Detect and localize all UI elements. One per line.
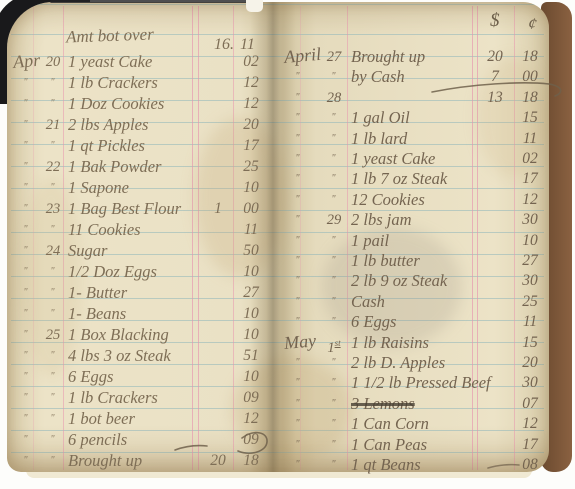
ledger-cell-cents: 00 bbox=[237, 199, 265, 219]
ledger-row: ""1 qt Pickles17 bbox=[10, 136, 266, 158]
ledger-cell-month: " bbox=[285, 414, 311, 434]
ledger-cell-month: " bbox=[285, 251, 311, 271]
ledger-cell-desc: 1 yeast Cake bbox=[68, 52, 152, 72]
ledger-cell-desc: 1 Sapone bbox=[68, 178, 129, 198]
ledger-cell-day: " bbox=[319, 169, 349, 189]
ledger-cell-day: " bbox=[319, 251, 349, 271]
ledger-cell-month: " bbox=[285, 190, 311, 210]
ledger-cell-day: 25 bbox=[40, 325, 66, 345]
ledger-cell-cents: 11 bbox=[515, 129, 545, 149]
ledger-cell-desc: 6 Eggs bbox=[351, 312, 396, 332]
ledger-cell-month: " bbox=[285, 394, 311, 414]
ledger-cell-desc: 1- Butter bbox=[68, 283, 127, 303]
ledger-cell-month: " bbox=[14, 94, 38, 114]
ledger-row: "251 Box Blacking10 bbox=[10, 325, 266, 347]
ledger-row: "281318 bbox=[281, 88, 551, 110]
ledger-row: ""1 pail10 bbox=[281, 231, 551, 253]
ledger-cell-month: " bbox=[285, 231, 311, 251]
ledger-cell-cents: 30 bbox=[515, 210, 545, 230]
ledger-cell-month: " bbox=[14, 451, 38, 471]
ledger-row: ""6 Eggs10 bbox=[10, 367, 266, 389]
ledger-cell-cents: 30 bbox=[515, 373, 545, 393]
ledger-cell-desc: 11 Cookies bbox=[68, 220, 141, 240]
ledger-cell-day: 21 bbox=[40, 115, 66, 135]
ledger-cell-desc: 1 qt Beans bbox=[351, 455, 421, 475]
ledger-row: ""1 yeast Cake02 bbox=[281, 149, 551, 171]
ledger-cell-desc: 1 bot beer bbox=[68, 409, 135, 429]
ledger-cell-day: " bbox=[40, 304, 66, 324]
ledger-cell-desc: 1 yeast Cake bbox=[351, 149, 435, 169]
ledger-cell-day: " bbox=[40, 220, 66, 240]
ledger-cell-month: " bbox=[285, 312, 311, 332]
ledger-cell-desc: 1 lb Raisins bbox=[351, 333, 429, 353]
ledger-row: ""1 lb butter27 bbox=[281, 251, 551, 273]
ledger-cell-month: " bbox=[14, 241, 38, 261]
ledger-row: ""6 Eggs11 bbox=[281, 312, 551, 334]
ledger-row: ""2 lb 9 oz Steak30 bbox=[281, 271, 551, 293]
ledger-cell-month: " bbox=[14, 388, 38, 408]
ledger-cell-cents: 12 bbox=[515, 414, 545, 434]
ledger-cell-desc: 2 lbs jam bbox=[351, 210, 412, 230]
ledger-photo: Amt bot over 16. 11 $ ¢ Apr201 yeast Cak… bbox=[0, 0, 575, 489]
ledger-cell-day: " bbox=[40, 73, 66, 93]
ledger-row: ""Brought up2018 bbox=[10, 451, 266, 473]
ledger-cell-cents: 15 bbox=[515, 333, 545, 353]
ledger-cell-cents: 15 bbox=[515, 108, 545, 128]
ledger-cell-day: " bbox=[40, 94, 66, 114]
ledger-cell-cents: 20 bbox=[237, 115, 265, 135]
ledger-cell-cents: 08 bbox=[515, 455, 545, 475]
ledger-cell-cents: 27 bbox=[515, 251, 545, 271]
ledger-cell-day: " bbox=[40, 262, 66, 282]
ledger-cell-cents: 02 bbox=[237, 52, 265, 72]
ledger-cell-day: " bbox=[319, 149, 349, 169]
ledger-cell-day: " bbox=[40, 283, 66, 303]
ledger-cell-day: " bbox=[40, 346, 66, 366]
ledger-cell-day: " bbox=[40, 136, 66, 156]
ledger-cell-day: 23 bbox=[40, 199, 66, 219]
ledger-row: ""1 lb lard11 bbox=[281, 129, 551, 151]
ledger-cell-cents: 12 bbox=[237, 94, 265, 114]
ledger-cell-month: " bbox=[285, 67, 311, 87]
ledger-cell-month: " bbox=[14, 325, 38, 345]
ledger-row: ""1 qt Beans08 bbox=[281, 455, 551, 477]
ledger-cell-day: " bbox=[319, 67, 349, 87]
ledger-cell-desc: Brought up bbox=[68, 451, 142, 471]
ledger-cell-month: " bbox=[14, 199, 38, 219]
ledger-row: ""1/2 Doz Eggs10 bbox=[10, 262, 266, 284]
ledger-cell-desc: 1 gal Oil bbox=[351, 108, 410, 128]
ledger-cell-desc: 1 pail bbox=[351, 231, 389, 251]
ledger-cell-month: April bbox=[283, 44, 322, 67]
gutter-page-tab bbox=[246, 0, 263, 12]
ledger-row: ""1- Butter27 bbox=[10, 283, 266, 305]
ledger-cell-desc: Cash bbox=[351, 292, 385, 312]
ledger-cell-desc: by Cash bbox=[351, 67, 405, 87]
ledger-cell-desc: Brought up bbox=[351, 47, 425, 67]
ledger-row: ""Cash25 bbox=[281, 292, 551, 314]
ledger-cell-cents: 12 bbox=[237, 409, 265, 429]
ledger-cell-cents: 10 bbox=[237, 178, 265, 198]
ledger-cell-day: " bbox=[319, 373, 349, 393]
ledger-row: ""1 Sapone10 bbox=[10, 178, 266, 200]
right-page-rows: April27Brought up2018""by Cash700"281318… bbox=[281, 47, 551, 467]
ledger-cell-cents: 09 bbox=[237, 430, 265, 450]
ledger-cell-desc: 1 lb 7 oz Steak bbox=[351, 169, 447, 189]
ledger-cell-day: " bbox=[319, 231, 349, 251]
ledger-cell-day: 22 bbox=[40, 157, 66, 177]
ledger-cell-month: " bbox=[14, 178, 38, 198]
ledger-cell-month: " bbox=[14, 367, 38, 387]
carry-over-note: Amt bot over bbox=[66, 24, 154, 47]
ledger-cell-cents: 11 bbox=[237, 220, 265, 240]
ledger-cell-cents: 12 bbox=[237, 73, 265, 93]
ledger-cell-month: " bbox=[14, 304, 38, 324]
ledger-cell-dollars: 1 bbox=[200, 199, 236, 219]
ledger-row: ""1 lb Crackers09 bbox=[10, 388, 266, 410]
ledger-cell-day: " bbox=[319, 108, 349, 128]
ledger-cell-desc: 1 Can Corn bbox=[351, 414, 429, 434]
ledger-cell-cents: 00 bbox=[515, 67, 545, 87]
ledger-cell-cents: 25 bbox=[237, 157, 265, 177]
ledger-cell-desc: 1 qt Pickles bbox=[68, 136, 145, 156]
ledger-cell-cents: 17 bbox=[515, 435, 545, 455]
ledger-cell-month: " bbox=[285, 455, 311, 475]
ledger-cell-day: " bbox=[319, 312, 349, 332]
ledger-cell-month: " bbox=[14, 157, 38, 177]
ledger-cell-cents: 09 bbox=[237, 388, 265, 408]
ledger-cell-desc: 1 Bag Best Flour bbox=[68, 199, 181, 219]
ledger-cell-month: Apr bbox=[12, 50, 41, 72]
dollars-column-header: $ bbox=[490, 10, 500, 32]
ledger-cell-desc: 6 Eggs bbox=[68, 367, 113, 387]
ledger-cell-day: " bbox=[40, 451, 66, 471]
ledger-cell-cents: 10 bbox=[237, 325, 265, 345]
ledger-cell-month: " bbox=[14, 346, 38, 366]
ledger-cell-desc: 1 Doz Cookies bbox=[68, 94, 164, 114]
ledger-cell-cents: 18 bbox=[237, 451, 265, 471]
ledger-cell-month: " bbox=[285, 292, 311, 312]
ledger-row: Apr201 yeast Cake02 bbox=[10, 52, 266, 74]
ledger-row: ""3 Lemons07 bbox=[281, 394, 551, 416]
ledger-cell-day: " bbox=[319, 190, 349, 210]
ledger-cell-desc: 1- Beans bbox=[68, 304, 126, 324]
ledger-cell-cents: 51 bbox=[237, 346, 265, 366]
ledger-row: ""2 lb D. Apples20 bbox=[281, 353, 551, 375]
ledger-cell-month: " bbox=[285, 88, 311, 108]
ledger-cell-desc: 2 lbs Apples bbox=[68, 115, 148, 135]
ledger-cell-month: " bbox=[14, 220, 38, 240]
ledger-cell-cents: 12 bbox=[515, 190, 545, 210]
ledger-cell-desc: 2 lb D. Apples bbox=[351, 353, 445, 373]
ledger-cell-month: May bbox=[283, 330, 317, 353]
ledger-row: ""1 Doz Cookies12 bbox=[10, 94, 266, 116]
ledger-cell-desc: Sugar bbox=[68, 241, 107, 261]
ledger-cell-day: " bbox=[319, 394, 349, 414]
ledger-cell-month: " bbox=[285, 373, 311, 393]
ledger-cell-cents: 20 bbox=[515, 353, 545, 373]
ledger-cell-month: " bbox=[14, 430, 38, 450]
ledger-cell-day: 29 bbox=[319, 210, 349, 230]
ledger-cell-cents: 30 bbox=[515, 271, 545, 291]
ledger-row: "231 Bag Best Flour100 bbox=[10, 199, 266, 221]
ledger-row: ""1- Beans10 bbox=[10, 304, 266, 326]
ledger-cell-cents: 17 bbox=[237, 136, 265, 156]
ledger-cell-cents: 10 bbox=[237, 304, 265, 324]
ledger-cell-cents: 18 bbox=[515, 88, 545, 108]
ledger-cell-cents: 10 bbox=[515, 231, 545, 251]
ledger-row: ""12 Cookies12 bbox=[281, 190, 551, 212]
ledger-cell-desc: 4 lbs 3 oz Steak bbox=[68, 346, 171, 366]
ledger-row: "212 lbs Apples20 bbox=[10, 115, 266, 137]
ledger-cell-month: " bbox=[14, 73, 38, 93]
ledger-cell-month: " bbox=[285, 210, 311, 230]
ledger-cell-month: " bbox=[285, 129, 311, 149]
ledger-cell-day: " bbox=[40, 367, 66, 387]
ledger-cell-dollars: 20 bbox=[479, 47, 511, 67]
ledger-cell-desc: 1 1/2 lb Pressed Beef bbox=[351, 373, 491, 393]
cover-top-edge bbox=[50, 0, 262, 3]
ledger-cell-desc: 1 Box Blacking bbox=[68, 325, 169, 345]
ledger-row: ""1 Can Peas17 bbox=[281, 435, 551, 457]
ledger-cell-day: " bbox=[40, 178, 66, 198]
ledger-cell-day: " bbox=[319, 271, 349, 291]
ledger-row: ""4 lbs 3 oz Steak51 bbox=[10, 346, 266, 368]
ledger-cell-month: " bbox=[14, 136, 38, 156]
ledger-cell-dollars: 7 bbox=[479, 67, 511, 87]
ledger-cell-desc: 6 pencils bbox=[68, 430, 127, 450]
left-page-rows: Apr201 yeast Cake02""1 lb Crackers12""1 … bbox=[10, 52, 266, 472]
ledger-row: ""11 Cookies11 bbox=[10, 220, 266, 242]
ledger-cell-desc: 1 lb Crackers bbox=[68, 388, 158, 408]
ledger-row: ""1 lb 7 oz Steak17 bbox=[281, 169, 551, 191]
ledger-cell-day: 28 bbox=[319, 88, 349, 108]
ledger-cell-desc: 12 Cookies bbox=[351, 190, 425, 210]
ledger-cell-day: 20 bbox=[40, 52, 66, 72]
ledger-row: ""1 bot beer12 bbox=[10, 409, 266, 431]
ledger-cell-desc: 1/2 Doz Eggs bbox=[68, 262, 157, 282]
ledger-row: ""6 pencils09 bbox=[10, 430, 266, 452]
ledger-cell-day: 27 bbox=[319, 47, 349, 67]
ledger-cell-month: " bbox=[285, 435, 311, 455]
ledger-row: "221 Bak Powder25 bbox=[10, 157, 266, 179]
ledger-cell-day: " bbox=[319, 292, 349, 312]
ledger-row: ""1 gal Oil15 bbox=[281, 108, 551, 130]
ledger-cell-cents: 10 bbox=[237, 262, 265, 282]
ledger-cell-month: " bbox=[14, 283, 38, 303]
ledger-row: ""1 lb Crackers12 bbox=[10, 73, 266, 95]
ledger-cell-cents: 18 bbox=[515, 47, 545, 67]
ledger-cell-cents: 27 bbox=[237, 283, 265, 303]
ledger-cell-desc: 1 lb lard bbox=[351, 129, 407, 149]
ledger-cell-month: " bbox=[285, 353, 311, 373]
ledger-cell-month: " bbox=[14, 409, 38, 429]
ledger-cell-day: " bbox=[319, 353, 349, 373]
ledger-cell-month: " bbox=[14, 115, 38, 135]
ledger-cell-cents: 10 bbox=[237, 367, 265, 387]
ledger-cell-day: " bbox=[40, 388, 66, 408]
ledger-cell-cents: 02 bbox=[515, 149, 545, 169]
ledger-cell-desc: 1 lb butter bbox=[351, 251, 420, 271]
ledger-cell-day: 24 bbox=[40, 241, 66, 261]
ledger-row: ""1 1/2 lb Pressed Beef30 bbox=[281, 373, 551, 395]
ledger-cell-month: " bbox=[285, 271, 311, 291]
ledger-row: "292 lbs jam30 bbox=[281, 210, 551, 232]
ledger-cell-desc: 1 Bak Powder bbox=[68, 157, 161, 177]
ledger-row: May1st1 lb Raisins15 bbox=[281, 333, 551, 355]
ledger-cell-cents: 07 bbox=[515, 394, 545, 414]
ledger-cell-cents: 17 bbox=[515, 169, 545, 189]
ledger-row: ""by Cash700 bbox=[281, 67, 551, 89]
ledger-cell-day: " bbox=[40, 430, 66, 450]
ledger-cell-day: " bbox=[40, 409, 66, 429]
ledger-cell-day: " bbox=[319, 435, 349, 455]
ledger-cell-day: " bbox=[319, 129, 349, 149]
ledger-row: April27Brought up2018 bbox=[281, 47, 551, 69]
ledger-cell-day: " bbox=[319, 414, 349, 434]
ledger-row: "24Sugar50 bbox=[10, 241, 266, 263]
ledger-cell-desc: 2 lb 9 oz Steak bbox=[351, 271, 447, 291]
ledger-cell-day: " bbox=[319, 455, 349, 475]
ledger-cell-dollars: 20 bbox=[200, 451, 236, 471]
ledger-cell-cents: 11 bbox=[515, 312, 545, 332]
ledger-cell-desc: 3 Lemons bbox=[351, 394, 415, 414]
ledger-cell-dollars: 13 bbox=[479, 88, 511, 108]
ledger-cell-desc: 1 lb Crackers bbox=[68, 73, 158, 93]
ledger-cell-month: " bbox=[285, 149, 311, 169]
ledger-cell-month: " bbox=[285, 169, 311, 189]
ledger-cell-cents: 25 bbox=[515, 292, 545, 312]
ledger-cell-desc: 1 Can Peas bbox=[351, 435, 427, 455]
ledger-cell-month: " bbox=[285, 108, 311, 128]
ledger-row: ""1 Can Corn12 bbox=[281, 414, 551, 436]
ledger-cell-month: " bbox=[14, 262, 38, 282]
ledger-cell-cents: 50 bbox=[237, 241, 265, 261]
